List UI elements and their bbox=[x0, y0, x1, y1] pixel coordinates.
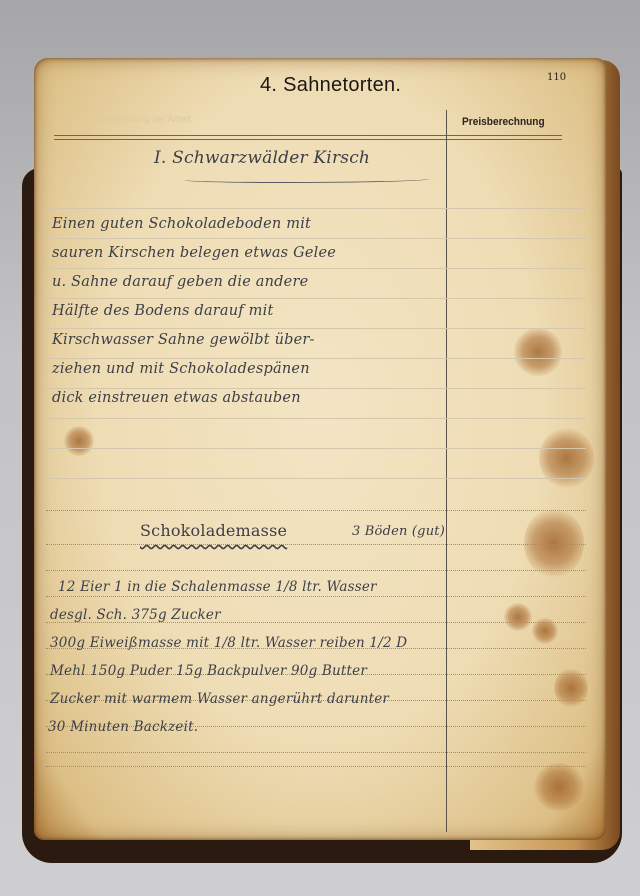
price-column-header: Preisberechnung bbox=[462, 116, 545, 128]
ruled-line bbox=[46, 510, 586, 511]
ruled-line bbox=[46, 388, 586, 389]
recipe-1-line: u. Sahne darauf geben die andere bbox=[52, 274, 308, 290]
recipe-2-line: 30 Minuten Backzeit. bbox=[48, 719, 198, 735]
recipe-2-line: desgl. Sch. 375g Zucker bbox=[50, 607, 221, 623]
stain bbox=[514, 328, 562, 376]
ruled-line bbox=[46, 298, 586, 299]
header-rule bbox=[54, 135, 562, 140]
ruled-line bbox=[46, 448, 586, 449]
recipe-2-title: Schokolademasse bbox=[140, 521, 287, 540]
ruled-line bbox=[46, 766, 586, 767]
ruled-line bbox=[46, 570, 586, 571]
recipe-1-line: Kirschwasser Sahne gewölbt über- bbox=[52, 332, 315, 348]
recipe-1-title: I. Schwarzwälder Kirsch bbox=[154, 148, 370, 168]
notebook-page: 4. Sahnetorten. 110 Bezeichnung der Arbe… bbox=[34, 58, 606, 840]
ruled-line bbox=[46, 238, 586, 239]
chapter-title: 4. Sahnetorten. bbox=[260, 74, 401, 97]
recipe-2-line: 300g Eiweißmasse mit 1/8 ltr. Wasser rei… bbox=[50, 635, 407, 651]
ruled-line bbox=[46, 418, 586, 419]
left-column-label: Bezeichnung der Arbeit bbox=[98, 114, 191, 124]
recipe-2-line: 12 Eier 1 in die Schalenmasse 1/8 ltr. W… bbox=[58, 579, 377, 595]
stain bbox=[539, 428, 594, 488]
recipe-1-line: ziehen und mit Schokoladespänen bbox=[52, 361, 310, 377]
ruled-line bbox=[46, 596, 586, 597]
stain bbox=[504, 603, 532, 631]
recipe-2-yield: 3 Böden (gut) bbox=[352, 524, 445, 539]
ruled-line bbox=[46, 544, 586, 545]
recipe-2-line: Zucker mit warmem Wasser angerührt darun… bbox=[50, 691, 389, 707]
ruled-line bbox=[46, 478, 586, 479]
recipe-1-line: Hälfte des Bodens darauf mit bbox=[52, 303, 274, 319]
page-number: 110 bbox=[547, 72, 566, 83]
ruled-line bbox=[46, 268, 586, 269]
ruled-line bbox=[46, 328, 586, 329]
stain bbox=[64, 426, 94, 456]
ruled-line bbox=[46, 208, 586, 209]
recipe-2-line: Mehl 150g Puder 15g Backpulver 90g Butte… bbox=[50, 663, 367, 679]
column-divider bbox=[446, 110, 447, 832]
ruled-line bbox=[46, 358, 586, 359]
recipe-1-line: dick einstreuen etwas abstauben bbox=[52, 390, 301, 406]
recipe-1-line: Einen guten Schokoladeboden mit bbox=[52, 216, 311, 232]
title-underline bbox=[184, 176, 430, 183]
ruled-line bbox=[46, 752, 586, 753]
stain bbox=[524, 508, 584, 578]
stain bbox=[534, 763, 584, 811]
recipe-1-line: sauren Kirschen belegen etwas Gelee bbox=[52, 245, 336, 261]
